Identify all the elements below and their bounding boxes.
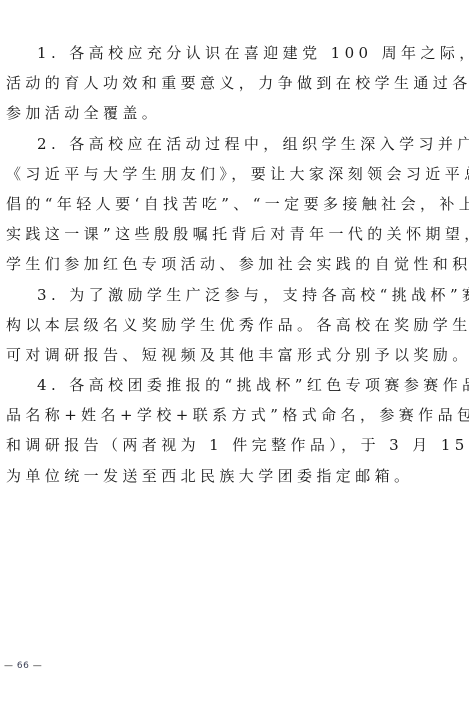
paragraph-line: 1. 各高校应充分认识在喜迎建党 100 周年之际，红色专项	[6, 38, 408, 68]
page-number-dash-right: —	[33, 661, 43, 671]
paragraph-2: 2. 各高校应在活动过程中，组织学生深入学习并广泛宣传 《习近平与大学生朋友们》…	[6, 129, 408, 280]
paragraph-line: 实践这一课”这些殷殷嘱托背后对青年一代的关怀期望，提升	[6, 219, 408, 249]
paragraph-line: 可对调研报告、短视频及其他丰富形式分别予以奖励。	[6, 340, 408, 370]
paragraph-line: 为单位统一发送至西北民族大学团委指定邮箱。	[6, 461, 408, 491]
paragraph-line: 倡的“年轻人要‘自找苦吃”、“一定要多接触社会，补上社会	[6, 189, 408, 219]
document-page: 1. 各高校应充分认识在喜迎建党 100 周年之际，红色专项 活动的育人功效和重…	[0, 0, 469, 712]
paragraph-line: 构以本层级名义奖励学生优秀作品。各高校在奖励学生作品时，	[6, 310, 408, 340]
paragraph-line: 《习近平与大学生朋友们》，要让大家深刻领会习近平总书记提	[6, 159, 408, 189]
paragraph-line: 参加活动全覆盖。	[6, 98, 408, 128]
paragraph-line: 学生们参加红色专项活动、参加社会实践的自觉性和积极性。	[6, 249, 408, 279]
paragraph-line: 和调研报告（两者视为 1 件完整作品），于 3 月 15 日前以高校	[6, 430, 408, 460]
document-body: 1. 各高校应充分认识在喜迎建党 100 周年之际，红色专项 活动的育人功效和重…	[6, 38, 408, 491]
paragraph-line: 品名称+姓名+学校+联系方式”格式命名，参赛作品包括短视频	[6, 400, 408, 430]
paragraph-3: 3. 为了激励学生广泛参与，支持各高校“挑战杯”赛事机 构以本层级名义奖励学生优…	[6, 280, 408, 371]
paragraph-line: 3. 为了激励学生广泛参与，支持各高校“挑战杯”赛事机	[6, 280, 408, 310]
page-number-value: 66	[17, 661, 29, 671]
page-number: — 66 —	[4, 661, 42, 671]
paragraph-line: 2. 各高校应在活动过程中，组织学生深入学习并广泛宣传	[6, 129, 408, 159]
paragraph-4: 4. 各高校团委推报的“挑战杯”红色专项赛参赛作品以“作 品名称+姓名+学校+联…	[6, 370, 408, 491]
paragraph-line: 4. 各高校团委推报的“挑战杯”红色专项赛参赛作品以“作	[6, 370, 408, 400]
paragraph-1: 1. 各高校应充分认识在喜迎建党 100 周年之际，红色专项 活动的育人功效和重…	[6, 38, 408, 129]
paragraph-line: 活动的育人功效和重要意义，力争做到在校学生通过各种方式	[6, 68, 408, 98]
page-number-dash-left: —	[4, 661, 14, 671]
